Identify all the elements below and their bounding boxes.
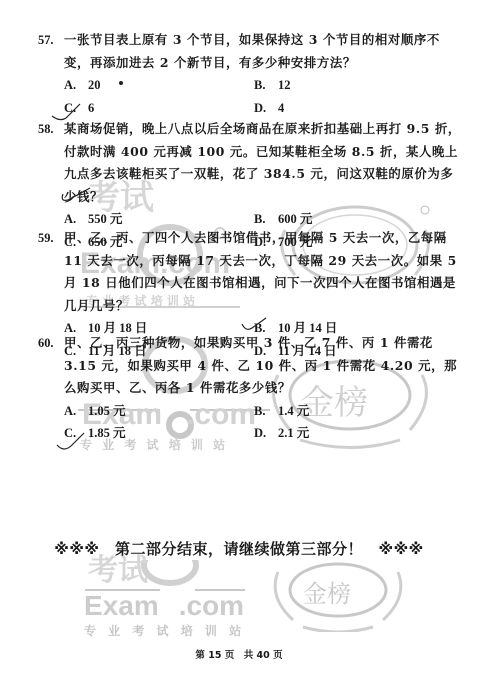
exam-page: 考试 Exam.com 专 业 考 试 培 训 站 Exam.com 专 业 考… <box>0 0 478 687</box>
option-a[interactable]: A.1.05 元 <box>64 400 126 423</box>
option-label: A. <box>64 400 88 423</box>
option-text: 1.4 元 <box>278 404 309 418</box>
question-stem: 某商场促销，晚上八点以后全场商品在原来折扣基础上再打 9.5 折，付款时满 40… <box>64 118 463 208</box>
question-stem: 甲、乙、丙三种货物，如果购买甲 3 件、乙 7 件、丙 1 件需花 3.15 元… <box>64 332 463 400</box>
option-b[interactable]: B.12 <box>254 74 291 97</box>
watermark-com-word: .com <box>179 590 244 621</box>
option-d[interactable]: D.4 <box>254 97 284 120</box>
option-text: 12 <box>278 78 291 92</box>
page-number: 第 15 页 共 40 页 <box>0 647 478 661</box>
option-text: 20 <box>88 78 101 92</box>
options-grid: A.20 B.12 C.6 D.4 <box>64 74 463 119</box>
question-60: 60. 甲、乙、丙三种货物，如果购买甲 3 件、乙 7 件、丙 1 件需花 3.… <box>38 332 463 445</box>
option-label: A. <box>64 74 88 97</box>
question-57: 57. 一张节目表上原有 3 个节目，如果保持这 3 个节目的相对顺序不变，再添… <box>38 29 463 119</box>
option-label: D. <box>254 422 278 445</box>
watermark-exam-logo-bottom <box>80 560 250 630</box>
option-text: 600 元 <box>278 212 312 226</box>
option-text: 550 元 <box>88 212 122 226</box>
option-label: B. <box>254 74 278 97</box>
option-c[interactable]: C.6 <box>64 97 94 120</box>
option-label: C. <box>64 422 88 445</box>
option-label: D. <box>254 97 278 120</box>
watermark-jinbang-bottom-text: 金榜 <box>303 574 351 609</box>
question-number: 60. <box>38 332 54 355</box>
question-stem: 一张节目表上原有 3 个节目，如果保持这 3 个节目的相对顺序不变，再添加进去 … <box>64 29 463 74</box>
question-number: 57. <box>38 29 54 52</box>
question-number: 59. <box>38 227 54 250</box>
section-end-banner: ※※※ 第二部分结束，请继续做第三部分！ ※※※ <box>0 538 478 559</box>
option-label: C. <box>64 97 88 120</box>
option-c[interactable]: C.1.85 元 <box>64 422 126 445</box>
watermark-exam-domain-bottom: Exam.com <box>84 590 244 622</box>
option-text: 6 <box>88 101 94 115</box>
question-stem: 甲、乙、丙、丁四个人去图书馆借书，甲每隔 5 天去一次，乙每隔 11 天去一次，… <box>64 227 463 317</box>
option-text: 1.05 元 <box>88 404 126 418</box>
option-text: 2.1 元 <box>278 426 309 440</box>
option-label: B. <box>254 400 278 423</box>
watermark-jinbang-bottom <box>268 552 408 632</box>
options-grid: A.1.05 元 B.1.4 元 C.1.85 元 D.2.1 元 <box>64 400 463 445</box>
question-number: 58. <box>38 118 54 141</box>
option-b[interactable]: B.1.4 元 <box>254 400 309 423</box>
jinbang-emblem-icon <box>268 552 408 632</box>
watermark-exam-word: Exam <box>84 590 159 621</box>
watermark-slogan-bottom: 专 业 考 试 培 训 站 <box>84 622 245 639</box>
option-text: 4 <box>278 101 284 115</box>
exam-logo-icon <box>80 560 250 630</box>
option-text: 1.85 元 <box>88 426 126 440</box>
option-d[interactable]: D.2.1 元 <box>254 422 309 445</box>
option-a[interactable]: A.20 <box>64 74 101 97</box>
